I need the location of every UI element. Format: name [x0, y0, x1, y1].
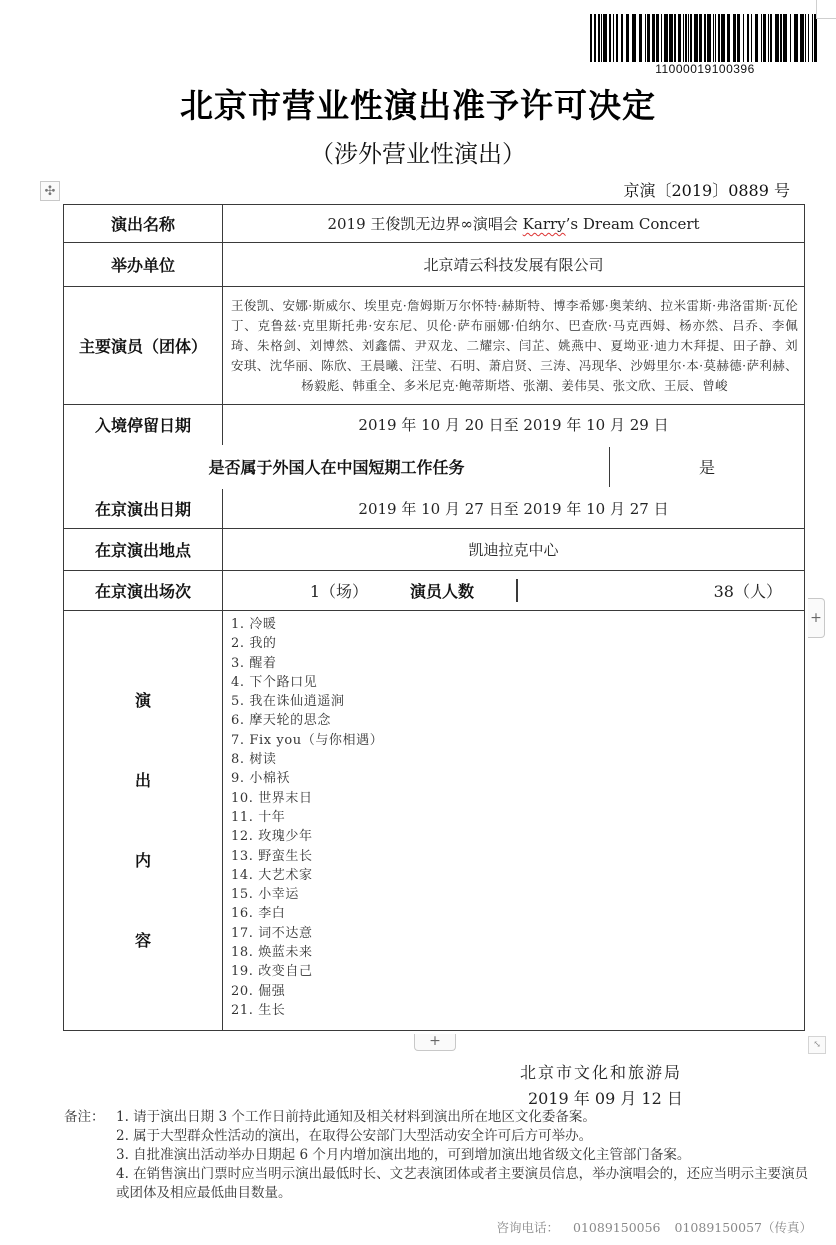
remark-text: 1. 请于演出日期 3 个工作日前持此通知及相关材料到演出所在地区文化委备案。 — [116, 1108, 809, 1127]
barcode-bar — [632, 14, 636, 62]
issuing-authority: 北京市文化和旅游局 — [520, 1060, 682, 1083]
barcode-bar — [775, 14, 779, 62]
remark-item: 4. 在销售演出门票时应当明示演出最低时长、文艺表演团体或者主要演员信息，举办演… — [64, 1165, 809, 1203]
barcode-bar — [688, 14, 689, 62]
row-program: 演 出 内 容 1. 冷暖 2. 我的 3. 醒着 4. 下个路口见 5. 我在… — [64, 611, 805, 1031]
barcode-bar — [743, 14, 744, 62]
venue-value: 凯迪拉克中心 — [223, 529, 805, 571]
document-title: 北京市营业性演出准予许可决定 — [0, 80, 836, 127]
organizer-value: 北京靖云科技发展有限公司 — [223, 243, 805, 287]
barcode-bar — [645, 14, 646, 62]
barcode-bar — [783, 14, 787, 62]
program-label-char: 出 — [64, 741, 222, 821]
barcode-bar — [669, 14, 673, 62]
barcode-bar — [790, 14, 791, 62]
add-column-button[interactable]: + — [808, 598, 825, 638]
barcode-bar — [616, 14, 618, 62]
barcode-bar — [626, 14, 629, 62]
barcode-bar — [678, 14, 681, 62]
row-show-name: 演出名称 2019 王俊凯无边界∞演唱会 Karry’s Dream Conce… — [64, 205, 805, 243]
barcode-bar — [683, 14, 684, 62]
song-item: 21. 生长 — [231, 1001, 804, 1020]
barcode-bar — [590, 14, 592, 62]
barcode-bar — [721, 14, 725, 62]
issue-date: 2019 年 09 月 12 日 — [528, 1086, 683, 1109]
barcode-bar — [603, 14, 607, 62]
sessions-cell: 1（场） 演员人数 38（人） — [223, 571, 805, 611]
organizer-label: 举办单位 — [64, 243, 223, 287]
barcode-bar — [768, 14, 769, 62]
show-name-prefix: 2019 王俊凯无边界∞演唱会 — [327, 215, 522, 233]
beijing-dates-value: 2019 年 10 月 27 日至 2019 年 10 月 27 日 — [223, 489, 805, 529]
barcode-bar — [601, 14, 602, 62]
table-move-handle-icon[interactable]: ✣ — [40, 181, 60, 201]
row-venue: 在京演出地点 凯迪拉克中心 — [64, 529, 805, 571]
row-sessions: 在京演出场次 1（场） 演员人数 38（人） — [64, 571, 805, 611]
barcode-bar — [718, 14, 720, 62]
barcode-bar — [763, 14, 766, 62]
song-item: 12. 玫瑰少年 — [231, 827, 804, 846]
entry-stay-label: 入境停留日期 — [64, 405, 223, 445]
performer-count-label: 演员人数 — [368, 579, 516, 602]
song-item: 3. 醒着 — [231, 654, 804, 673]
barcode-bar — [812, 14, 813, 62]
song-item: 16. 李白 — [231, 904, 804, 923]
barcode-bar — [639, 14, 642, 62]
song-item: 4. 下个路口见 — [231, 673, 804, 692]
remark-text: 4. 在销售演出门票时应当明示演出最低时长、文艺表演团体或者主要演员信息，举办演… — [116, 1165, 809, 1203]
song-item: 8. 树读 — [231, 750, 804, 769]
barcode-bar — [598, 14, 600, 62]
sessions-value: 1（场） — [223, 579, 368, 602]
document-number: 京演〔2019〕0889 号 — [623, 178, 790, 201]
fax-number: 01089150057（传真） — [675, 1220, 812, 1235]
remarks-section: 备注： 1. 请于演出日期 3 个工作日前持此通知及相关材料到演出所在地区文化委… — [64, 1108, 809, 1203]
barcode-bar — [664, 14, 668, 62]
barcode-bar — [621, 14, 623, 62]
row-organizer: 举办单位 北京靖云科技发展有限公司 — [64, 243, 805, 287]
row-entry-stay: 入境停留日期 2019 年 10 月 20 日至 2019 年 10 月 29 … — [64, 405, 805, 445]
barcode-bar — [656, 14, 659, 62]
barcode-bar — [780, 14, 782, 62]
barcode — [590, 14, 820, 62]
performers-value: 王俊凯、安娜·斯威尔、埃里克·詹姆斯万尔怀特·赫斯特、博李希娜·奥茉纳、拉米雷斯… — [223, 287, 805, 405]
performers-label: 主要演员（团体） — [64, 287, 223, 405]
barcode-bar — [609, 14, 611, 62]
page-corner-mark — [816, 18, 836, 19]
beijing-dates-label: 在京演出日期 — [64, 489, 223, 529]
remark-text: 3. 自批准演出活动举办日期起 6 个月内增加演出地的，可到增加演出地省级文化主… — [116, 1146, 809, 1165]
spellcheck-flagged-word[interactable]: Karry — [523, 215, 566, 233]
song-item: 20. 倔强 — [231, 982, 804, 1001]
permit-table: 演出名称 2019 王俊凯无边界∞演唱会 Karry’s Dream Conce… — [63, 204, 805, 1031]
barcode-bar — [694, 14, 698, 62]
song-item: 6. 摩天轮的思念 — [231, 711, 804, 730]
show-name-value: 2019 王俊凯无边界∞演唱会 Karry’s Dream Concert — [223, 205, 805, 243]
barcode-bar — [800, 14, 804, 62]
barcode-bar — [737, 14, 740, 62]
document-subtitle: （涉外营业性演出） — [0, 134, 836, 169]
barcode-bar — [814, 14, 817, 62]
row-short-term-work: 是否属于外国人在中国短期工作任务 是 — [64, 445, 805, 489]
remarks-prefix: 备注： — [64, 1108, 116, 1127]
contact-info: 咨询电话：0108915005601089150057（传真） — [497, 1218, 812, 1236]
barcode-bar — [751, 14, 752, 62]
barcode-bar — [761, 14, 762, 62]
barcode-bar — [713, 14, 714, 62]
barcode-number: 11000019100396 — [590, 62, 820, 76]
show-name-suffix: ’s Dream Concert — [566, 215, 700, 233]
barcode-bar — [715, 14, 716, 62]
song-item: 17. 词不达意 — [231, 924, 804, 943]
barcode-bar — [613, 14, 614, 62]
short-term-work-answer: 是 — [610, 455, 804, 478]
contact-label: 咨询电话： — [497, 1220, 560, 1235]
barcode-bar — [808, 14, 809, 62]
program-label-char: 内 — [64, 821, 222, 901]
venue-label: 在京演出地点 — [64, 529, 223, 571]
sessions-label: 在京演出场次 — [64, 571, 223, 611]
barcode-bar — [704, 14, 706, 62]
program-label-char: 演 — [64, 661, 222, 741]
barcode-bar — [747, 14, 749, 62]
barcode-bar — [707, 14, 711, 62]
short-term-work-cell: 是否属于外国人在中国短期工作任务 是 — [64, 445, 805, 489]
row-performers: 主要演员（团体） 王俊凯、安娜·斯威尔、埃里克·詹姆斯万尔怀特·赫斯特、博李希娜… — [64, 287, 805, 405]
song-item: 18. 焕蓝未来 — [231, 943, 804, 962]
song-item: 11. 十年 — [231, 808, 804, 827]
barcode-bar — [647, 14, 650, 62]
barcode-bar — [661, 14, 662, 62]
remark-text: 2. 属于大型群众性活动的演出，在取得公安部门大型活动安全许可后方可举办。 — [116, 1127, 809, 1146]
remark-item: 备注： 1. 请于演出日期 3 个工作日前持此通知及相关材料到演出所在地区文化委… — [64, 1108, 809, 1127]
page-corner-mark — [816, 0, 817, 18]
song-item: 1. 冷暖 — [231, 615, 804, 634]
program-label-char: 容 — [64, 901, 222, 981]
performer-count-value: 38（人） — [518, 579, 805, 602]
song-item: 19. 改变自己 — [231, 962, 804, 981]
entry-stay-value: 2019 年 10 月 20 日至 2019 年 10 月 29 日 — [223, 405, 805, 445]
barcode-bar — [674, 14, 676, 62]
barcode-bar — [727, 14, 730, 62]
song-item: 9. 小棉袄 — [231, 769, 804, 788]
program-song-list: 1. 冷暖 2. 我的 3. 醒着 4. 下个路口见 5. 我在诛仙逍遥涧 6.… — [223, 611, 805, 1031]
song-item: 7. Fix you（与你相遇） — [231, 731, 804, 750]
barcode-bar — [805, 14, 806, 62]
song-item: 14. 大艺术家 — [231, 866, 804, 885]
song-item: 2. 我的 — [231, 634, 804, 653]
song-item: 5. 我在诛仙逍遥涧 — [231, 692, 804, 711]
barcode-bar — [652, 14, 655, 62]
phone-number: 01089150056 — [573, 1220, 660, 1235]
barcode-bar — [685, 14, 687, 62]
barcode-bar — [770, 14, 772, 62]
barcode-bar — [755, 14, 758, 62]
program-label: 演 出 内 容 — [64, 611, 223, 1031]
song-item: 10. 世界末日 — [231, 789, 804, 808]
show-name-label: 演出名称 — [64, 205, 223, 243]
table-resize-handle-icon[interactable]: ⤡ — [808, 1036, 826, 1054]
add-row-button[interactable]: + — [414, 1034, 456, 1051]
song-item: 15. 小幸运 — [231, 885, 804, 904]
barcode-bar — [690, 14, 692, 62]
short-term-work-question: 是否属于外国人在中国短期工作任务 — [64, 455, 609, 478]
barcode-bar — [594, 14, 596, 62]
barcode-bar — [794, 14, 798, 62]
song-item: 13. 野蛮生长 — [231, 847, 804, 866]
barcode-bar — [733, 14, 736, 62]
barcode-bar — [699, 14, 702, 62]
remark-item: 3. 自批准演出活动举办日期起 6 个月内增加演出地的，可到增加演出地省级文化主… — [64, 1146, 809, 1165]
row-beijing-dates: 在京演出日期 2019 年 10 月 27 日至 2019 年 10 月 27 … — [64, 489, 805, 529]
remark-item: 2. 属于大型群众性活动的演出，在取得公安部门大型活动安全许可后方可举办。 — [64, 1127, 809, 1146]
